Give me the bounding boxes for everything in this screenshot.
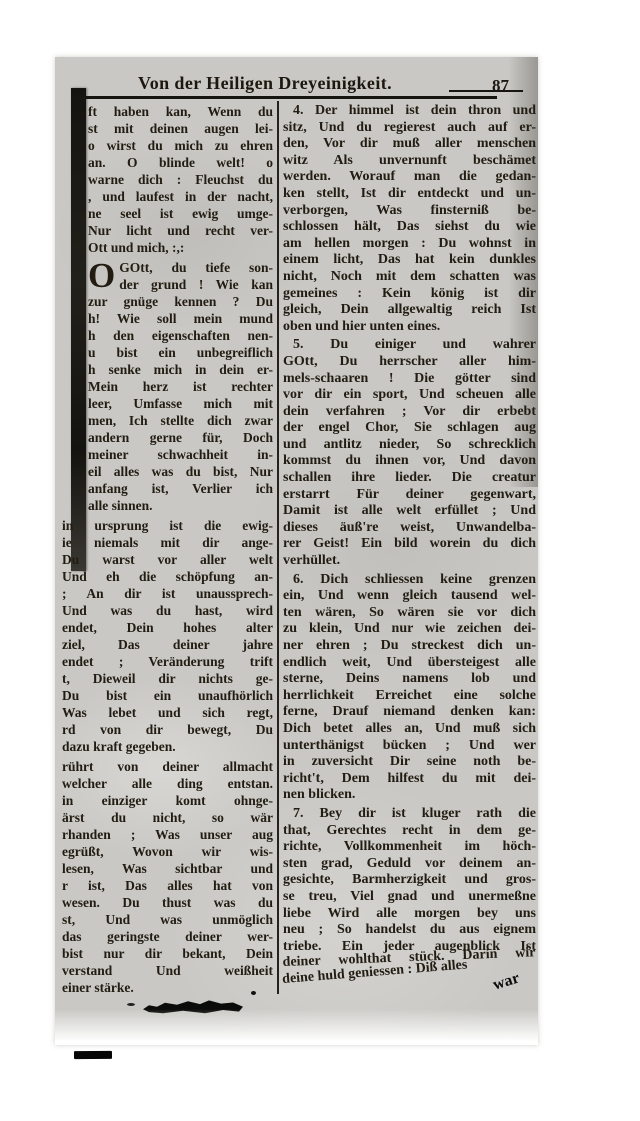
paragraph: in ursprung ist die ewig-ie niemals mit … xyxy=(62,517,273,755)
text-line: nicht, Noch mit dem schatten was xyxy=(283,269,536,286)
text-line: an. O blinde welt! o xyxy=(88,154,273,171)
header-rule xyxy=(75,96,497,99)
text-line: GOtt, du tiefe son- xyxy=(119,259,273,276)
text-line: anfang ist, Verlier ich xyxy=(88,480,273,497)
text-line: ken stellt, Ist dir entdeckt und un- xyxy=(283,186,536,203)
text-line: men, Ich stellte dich zwar xyxy=(88,412,273,429)
text-line: , und laufest in der nacht, xyxy=(88,188,273,205)
text-line: Dich betet alles an, Und muß sich xyxy=(283,721,536,738)
paragraph: rührt von deiner allmachtwelcher alle di… xyxy=(62,758,273,996)
page-number: 87 xyxy=(492,76,509,96)
text-line: Du bist ein unaufhörlich xyxy=(62,687,273,704)
text-line: den, Vor dir muß aller menschen xyxy=(283,136,536,153)
text-line: ten wären, So wären sie vor dich xyxy=(283,605,536,622)
text-line: neu ; So handelst du aus eignem xyxy=(283,922,536,939)
paragraph: 4. Der himmel ist dein thron undsitz, Un… xyxy=(283,103,536,335)
text-line: in ursprung ist die ewig- xyxy=(62,517,273,534)
text-line: 5. Du einiger und wahrer xyxy=(283,337,536,354)
text-line: sterne, Deins namens lob und xyxy=(283,671,536,688)
text-line: Was lebet und sich regt, xyxy=(62,704,273,721)
text-line: verhüllet. xyxy=(283,553,536,570)
text-line: nen blicken. xyxy=(283,787,536,804)
folio-rule xyxy=(449,90,523,92)
text-line: in einziger komt ohnge- xyxy=(62,792,273,809)
text-line: Und was du hast, wird xyxy=(62,602,273,619)
page-scan-area: Von der Heiligen Dreyeinigkeit. 87 ft ha… xyxy=(55,57,538,1045)
text-line: ie niemals mit dir ange- xyxy=(62,534,273,551)
text-line: oben und hier unten eines. xyxy=(283,319,536,336)
paragraph: 5. Du einiger und wahrerGOtt, Du herrsch… xyxy=(283,337,536,569)
text-line: wesen. Du thust was du xyxy=(62,894,273,911)
text-line: und antlitz nieder, So schrecklich xyxy=(283,437,536,454)
text-line: 7. Bey dir ist kluger rath die xyxy=(283,806,536,823)
text-line: bist nur dir bekant, Dein xyxy=(62,945,273,962)
text-line: ärst du nicht, so wär xyxy=(62,809,273,826)
text-line: einem licht, Das hat kein dunkles xyxy=(283,252,536,269)
text-line: in zuversicht Dir seine noth be- xyxy=(283,754,536,771)
ink-smudge xyxy=(143,998,243,1014)
text-line: andern gerne für, Doch xyxy=(88,429,273,446)
text-line: 4. Der himmel ist dein thron und xyxy=(283,103,536,120)
text-line: GOtt, Du herrscher aller him- xyxy=(283,354,536,371)
text-line: am hellen morgen : Du wohnst in xyxy=(283,236,536,253)
text-line: werden. Worauf man die gedan- xyxy=(283,169,536,186)
text-line: zur gnüge kennen ? Du xyxy=(88,293,273,310)
text-line: mels-schaaren ! Die götter sind xyxy=(283,371,536,388)
text-line: dein verfahren ; Vor dir erbebt xyxy=(283,404,536,421)
text-line: st, Und was unmöglich xyxy=(62,911,273,928)
text-line: ; An dir ist unaussprech- xyxy=(62,585,273,602)
text-line: Damit ist alle welt erfüllet ; Und xyxy=(283,503,536,520)
scanned-book-page: Von der Heiligen Dreyeinigkeit. 87 ft ha… xyxy=(0,0,640,1121)
text-line: ft haben kan, Wenn du xyxy=(88,103,273,120)
text-line: rer Geist! Ein bild worein du dich xyxy=(283,536,536,553)
text-line: schallen ihre lieder. Die creatur xyxy=(283,470,536,487)
text-line: endlich weit, Und übersteigest alle xyxy=(283,655,536,672)
column-divider-rule xyxy=(277,101,279,994)
text-line: verborgen, Was finsterniß be- xyxy=(283,203,536,220)
text-line: ferne, Drauf niemand denken kan: xyxy=(283,704,536,721)
text-line: 6. Dich schliessen keine grenzen xyxy=(283,572,536,589)
paragraph: OGOtt, du tiefe son-der grund ! Wie kanz… xyxy=(88,259,273,514)
text-line: warne dich : Fleuchst du xyxy=(88,171,273,188)
running-header: Von der Heiligen Dreyeinigkeit. xyxy=(110,73,420,94)
text-line: ein, Und wenn gleich tausend wel- xyxy=(283,588,536,605)
text-line: dazu kraft gegeben. xyxy=(62,738,273,755)
text-line: gleich, Dein allgewaltig reich Ist xyxy=(283,302,536,319)
text-line: richte, Vollkommenheit im höch- xyxy=(283,839,536,856)
text-line: endet ; Veränderung trift xyxy=(62,653,273,670)
text-line: gemeines : Kein könig ist dir xyxy=(283,286,536,303)
text-line: ner ehren ; Du streckest dich un- xyxy=(283,638,536,655)
text-line: ne seel ist ewig umge- xyxy=(88,205,273,222)
text-line: erstarrt Für deiner gegenwart, xyxy=(283,487,536,504)
text-line: der grund ! Wie kan xyxy=(119,276,273,293)
paragraph: 7. Bey dir ist kluger rath diethat, Gere… xyxy=(283,806,536,989)
text-line: u bist ein unbegreiflich xyxy=(88,344,273,361)
scan-bottom-fade xyxy=(55,1009,538,1045)
text-line: ziel, Das deiner jahre xyxy=(62,636,273,653)
text-line: herrlichkeit Erreichet eine solche xyxy=(283,688,536,705)
right-text-column: 4. Der himmel ist dein thron undsitz, Un… xyxy=(283,103,536,988)
drop-cap-initial: O xyxy=(88,259,119,290)
text-line: rhanden ; Was unser aug xyxy=(62,826,273,843)
text-line: der engel Chor, Sie schlagen aug xyxy=(283,420,536,437)
text-line: Nur licht und recht ver- xyxy=(88,222,273,239)
text-line: rührt von deiner allmacht xyxy=(62,758,273,775)
left-text-column: ft haben kan, Wenn dust mit deinen augen… xyxy=(62,103,273,996)
text-line: witz Als unvernunft beschämet xyxy=(283,153,536,170)
text-line: sten grad, Geduld vor deinem an- xyxy=(283,856,536,873)
text-line: r ist, Das alles hat von xyxy=(62,877,273,894)
paragraph: 6. Dich schliessen keine grenzenein, Und… xyxy=(283,572,536,804)
text-line: unterthänigst bücken ; Und wer xyxy=(283,738,536,755)
text-line: dieses äuß're weist, Unwandelba- xyxy=(283,520,536,537)
text-line: sitz, Und du regierest auch auf er- xyxy=(283,120,536,137)
text-line: zu klein, Und nur wie zeichen dei- xyxy=(283,621,536,638)
text-line: rd von dir bewegt, Du xyxy=(62,721,273,738)
text-line: endet, Dein hohes alter xyxy=(62,619,273,636)
text-line: das geringste deiner wer- xyxy=(62,928,273,945)
text-line: vor dir ein sport, Und scheuen alle xyxy=(283,387,536,404)
text-line: liebe Wird alle morgen bey uns xyxy=(283,906,536,923)
text-line: welcher alle ding entstan. xyxy=(62,775,273,792)
text-line: t, Dieweil dir nichts ge- xyxy=(62,670,273,687)
text-line: eil alles was du bist, Nur xyxy=(88,463,273,480)
text-line: einer stärke. xyxy=(62,979,273,996)
text-line: alle sinnen. xyxy=(88,497,273,514)
text-line: lesen, Was sichtbar und xyxy=(62,860,273,877)
text-line: h den eigenschaften nen- xyxy=(88,327,273,344)
text-line: se treu, Viel gnad und unermeßne xyxy=(283,889,536,906)
text-line: Du warst vor aller welt xyxy=(62,551,273,568)
text-line: Und eh die schöpfung an- xyxy=(62,568,273,585)
text-line: leer, Umfasse mich mit xyxy=(88,395,273,412)
text-line: richt't, Dem hilfest du mit dei- xyxy=(283,771,536,788)
text-line: that, Gerechtes recht in dem ge- xyxy=(283,823,536,840)
text-line: gesichte, Barmherzigkeit und gros- xyxy=(283,872,536,889)
text-line: Mein herz ist rechter xyxy=(88,378,273,395)
text-line: kommst du ihnen vor, Und davon xyxy=(283,453,536,470)
text-line: meiner schwachheit in- xyxy=(88,446,273,463)
ink-dot xyxy=(127,1003,135,1006)
text-line: h senke mich in dein er- xyxy=(88,361,273,378)
text-line: st mit deinen augen lei- xyxy=(88,120,273,137)
margin-ink-mark xyxy=(74,1051,112,1059)
ink-dot xyxy=(251,991,256,995)
paragraph: ft haben kan, Wenn dust mit deinen augen… xyxy=(88,103,273,256)
text-line: verstand Und weißheit xyxy=(62,962,273,979)
text-line: o wirst du mich zu ehren xyxy=(88,137,273,154)
text-line: Ott und mich, :,: xyxy=(88,239,273,256)
text-line: schlossen hält, Das siehst du wie xyxy=(283,219,536,236)
text-line: h! Wie soll mein mund xyxy=(88,310,273,327)
text-line: egrüßt, Wovon wir wis- xyxy=(62,843,273,860)
